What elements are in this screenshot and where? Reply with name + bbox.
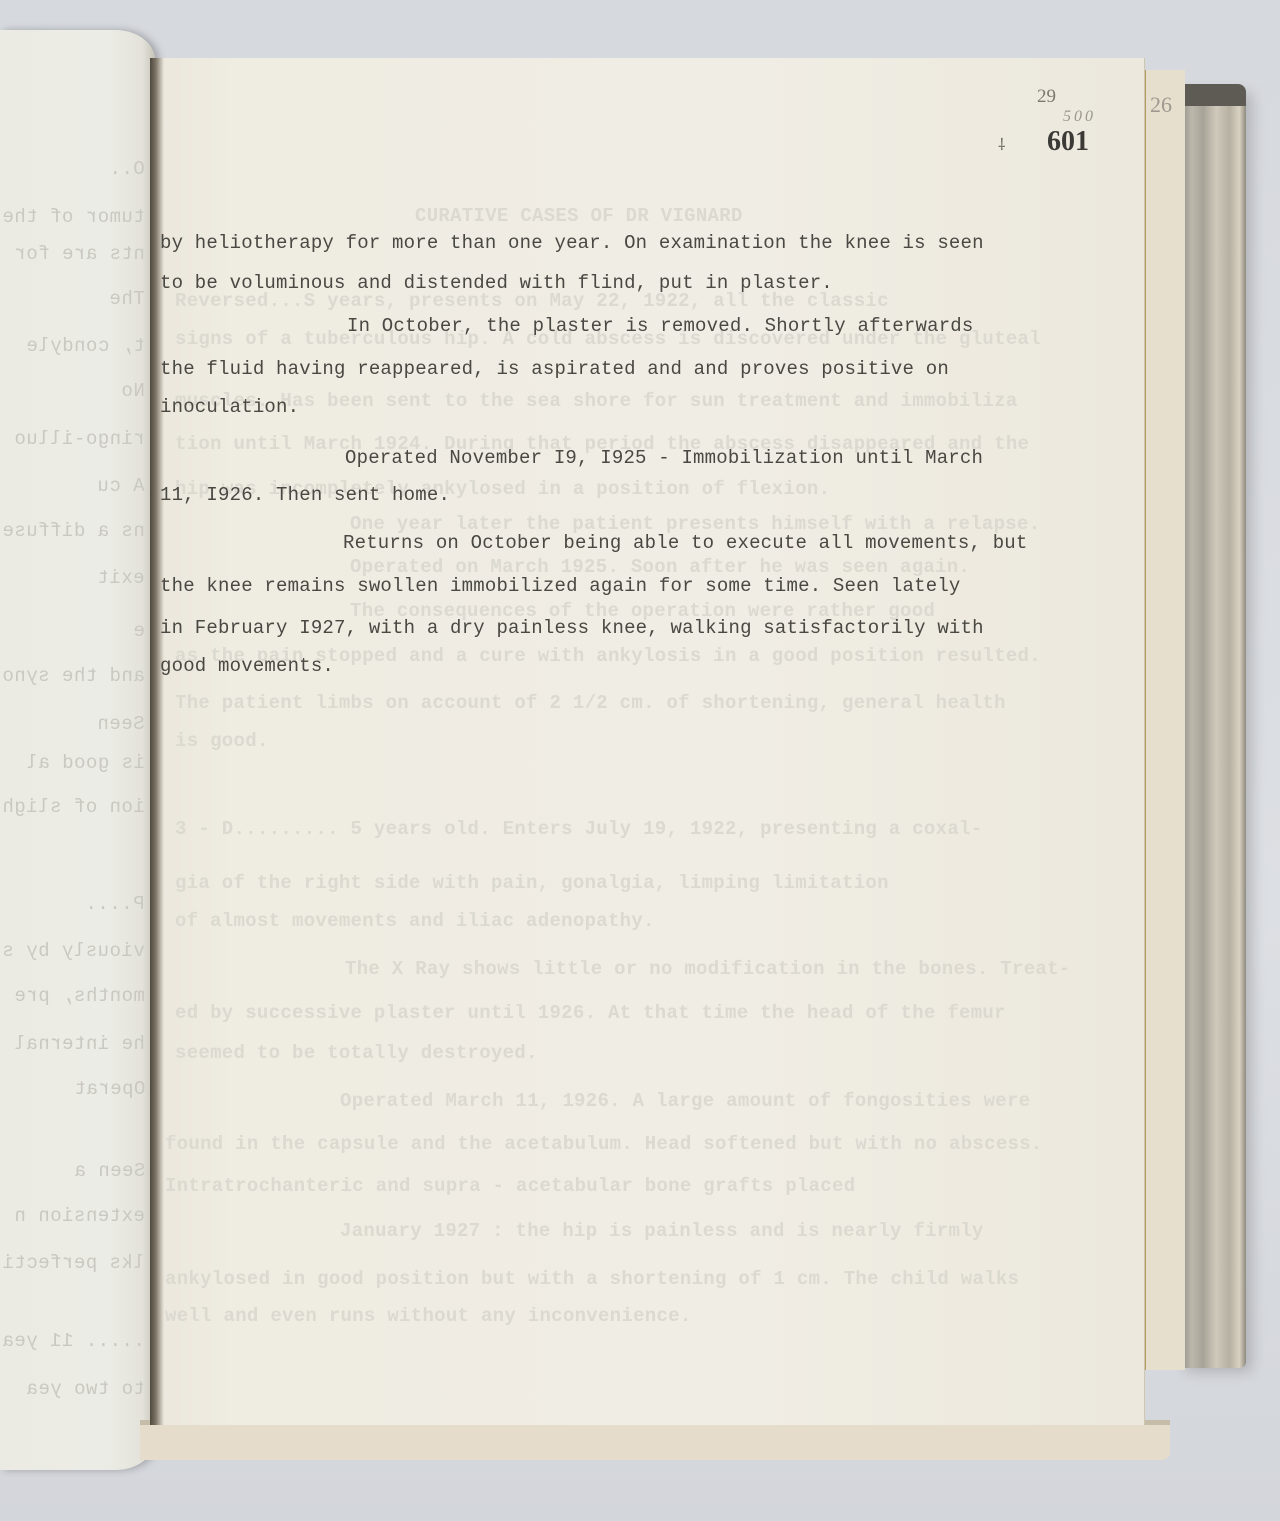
bleed-line: seemed to be totally destroyed. [175, 1042, 538, 1064]
mirrored-text: he internal [14, 1033, 145, 1055]
mirrored-text: months, pre [14, 985, 145, 1007]
page-number-main: 601 [1047, 126, 1089, 158]
body-line: inoculation. [160, 396, 299, 418]
body-line: the fluid having reappeared, is aspirate… [160, 358, 949, 380]
mirrored-text: is good al [26, 752, 145, 774]
body-line: 11, I926. Then sent home. [160, 484, 450, 506]
body-line: by heliotherapy for more than one year. … [160, 232, 984, 254]
margin-mark: ⸸ [998, 133, 1006, 155]
bleed-line: Operated March 11, 1926. A large amount … [340, 1090, 1030, 1112]
bleed-line: well and even runs without any inconveni… [165, 1305, 692, 1327]
mirrored-text: tumor of the [2, 206, 145, 228]
body-line: to be voluminous and distended with flin… [160, 272, 833, 294]
body-line: Operated November I9, I925 - Immobilizat… [345, 447, 983, 469]
bleed-line: 3 - D......... 5 years old. Enters July … [175, 818, 982, 840]
bleed-line: ankylosed in good position but with a sh… [165, 1268, 1019, 1290]
bleed-line: The patient limbs on account of 2 1/2 cm… [175, 692, 1006, 714]
mirrored-text: No [121, 380, 145, 402]
mirrored-text: nts are for [14, 243, 145, 265]
body-line: In October, the plaster is removed. Shor… [347, 315, 974, 337]
mirrored-text: and the syno [2, 665, 145, 687]
bleed-line: ed by successive plaster until 1926. At … [175, 1002, 1006, 1024]
mirrored-text: to two yea [26, 1378, 145, 1400]
mirrored-text: viously by s [2, 940, 145, 962]
gutter-shadow [150, 58, 164, 1425]
body-line: good movements. [160, 655, 334, 677]
mirrored-text: Seen a [74, 1160, 145, 1182]
mirrored-text: Operat [74, 1078, 145, 1100]
bleed-line: muscles. Has been sent to the sea shore … [175, 390, 1018, 412]
mirrored-text: Seen [97, 713, 145, 735]
body-line: the knee remains swollen immobilized aga… [160, 575, 961, 597]
bleed-line: of almost movements and iliac adenopathy… [175, 910, 655, 932]
mirrored-text: t, condyle [26, 335, 145, 357]
bleed-line: Intratrochanteric and supra - acetabular… [165, 1175, 855, 1197]
mirrored-text: ns a diffuse [2, 520, 145, 542]
book-fore-edge [1180, 88, 1246, 1368]
page-bottom-edge [140, 1420, 1170, 1460]
mirrored-text: lks perfecti [2, 1252, 145, 1274]
mirrored-text: O.. [109, 158, 145, 180]
bleed-line: found in the capsule and the acetabulum.… [165, 1133, 1043, 1155]
page-number-secondary: 500 [1063, 108, 1096, 126]
bleed-line: The X Ray shows little or no modificatio… [345, 958, 1071, 980]
bleed-line: is good. [175, 730, 269, 752]
mirrored-text: e [133, 620, 145, 642]
body-line: in February I927, with a dry painless kn… [160, 617, 984, 639]
mirrored-text: extension n [14, 1205, 145, 1227]
mirrored-text: P.... [85, 893, 145, 915]
mirrored-text: exit [97, 567, 145, 589]
body-line: Returns on October being able to execute… [343, 532, 1028, 554]
mirrored-text: A cu [97, 475, 145, 497]
left-page: O.. tumor of the nts are for The t, cond… [0, 30, 155, 1470]
bleed-line: gia of the right side with pain, gonalgi… [175, 872, 889, 894]
stub-page-number: 26 [1150, 92, 1172, 118]
mirrored-text: ..... 11 yea [2, 1330, 145, 1352]
page-number-top: 29 [1037, 86, 1056, 108]
mirrored-text: The [109, 288, 145, 310]
stub-page [1145, 70, 1185, 1370]
mirrored-text: ion of sligh [2, 796, 145, 818]
mirrored-text: ringo-illuo [14, 428, 145, 450]
bleed-heading: CURATIVE CASES OF DR VIGNARD [415, 205, 743, 227]
bleed-line: January 1927 : the hip is painless and i… [340, 1220, 984, 1242]
